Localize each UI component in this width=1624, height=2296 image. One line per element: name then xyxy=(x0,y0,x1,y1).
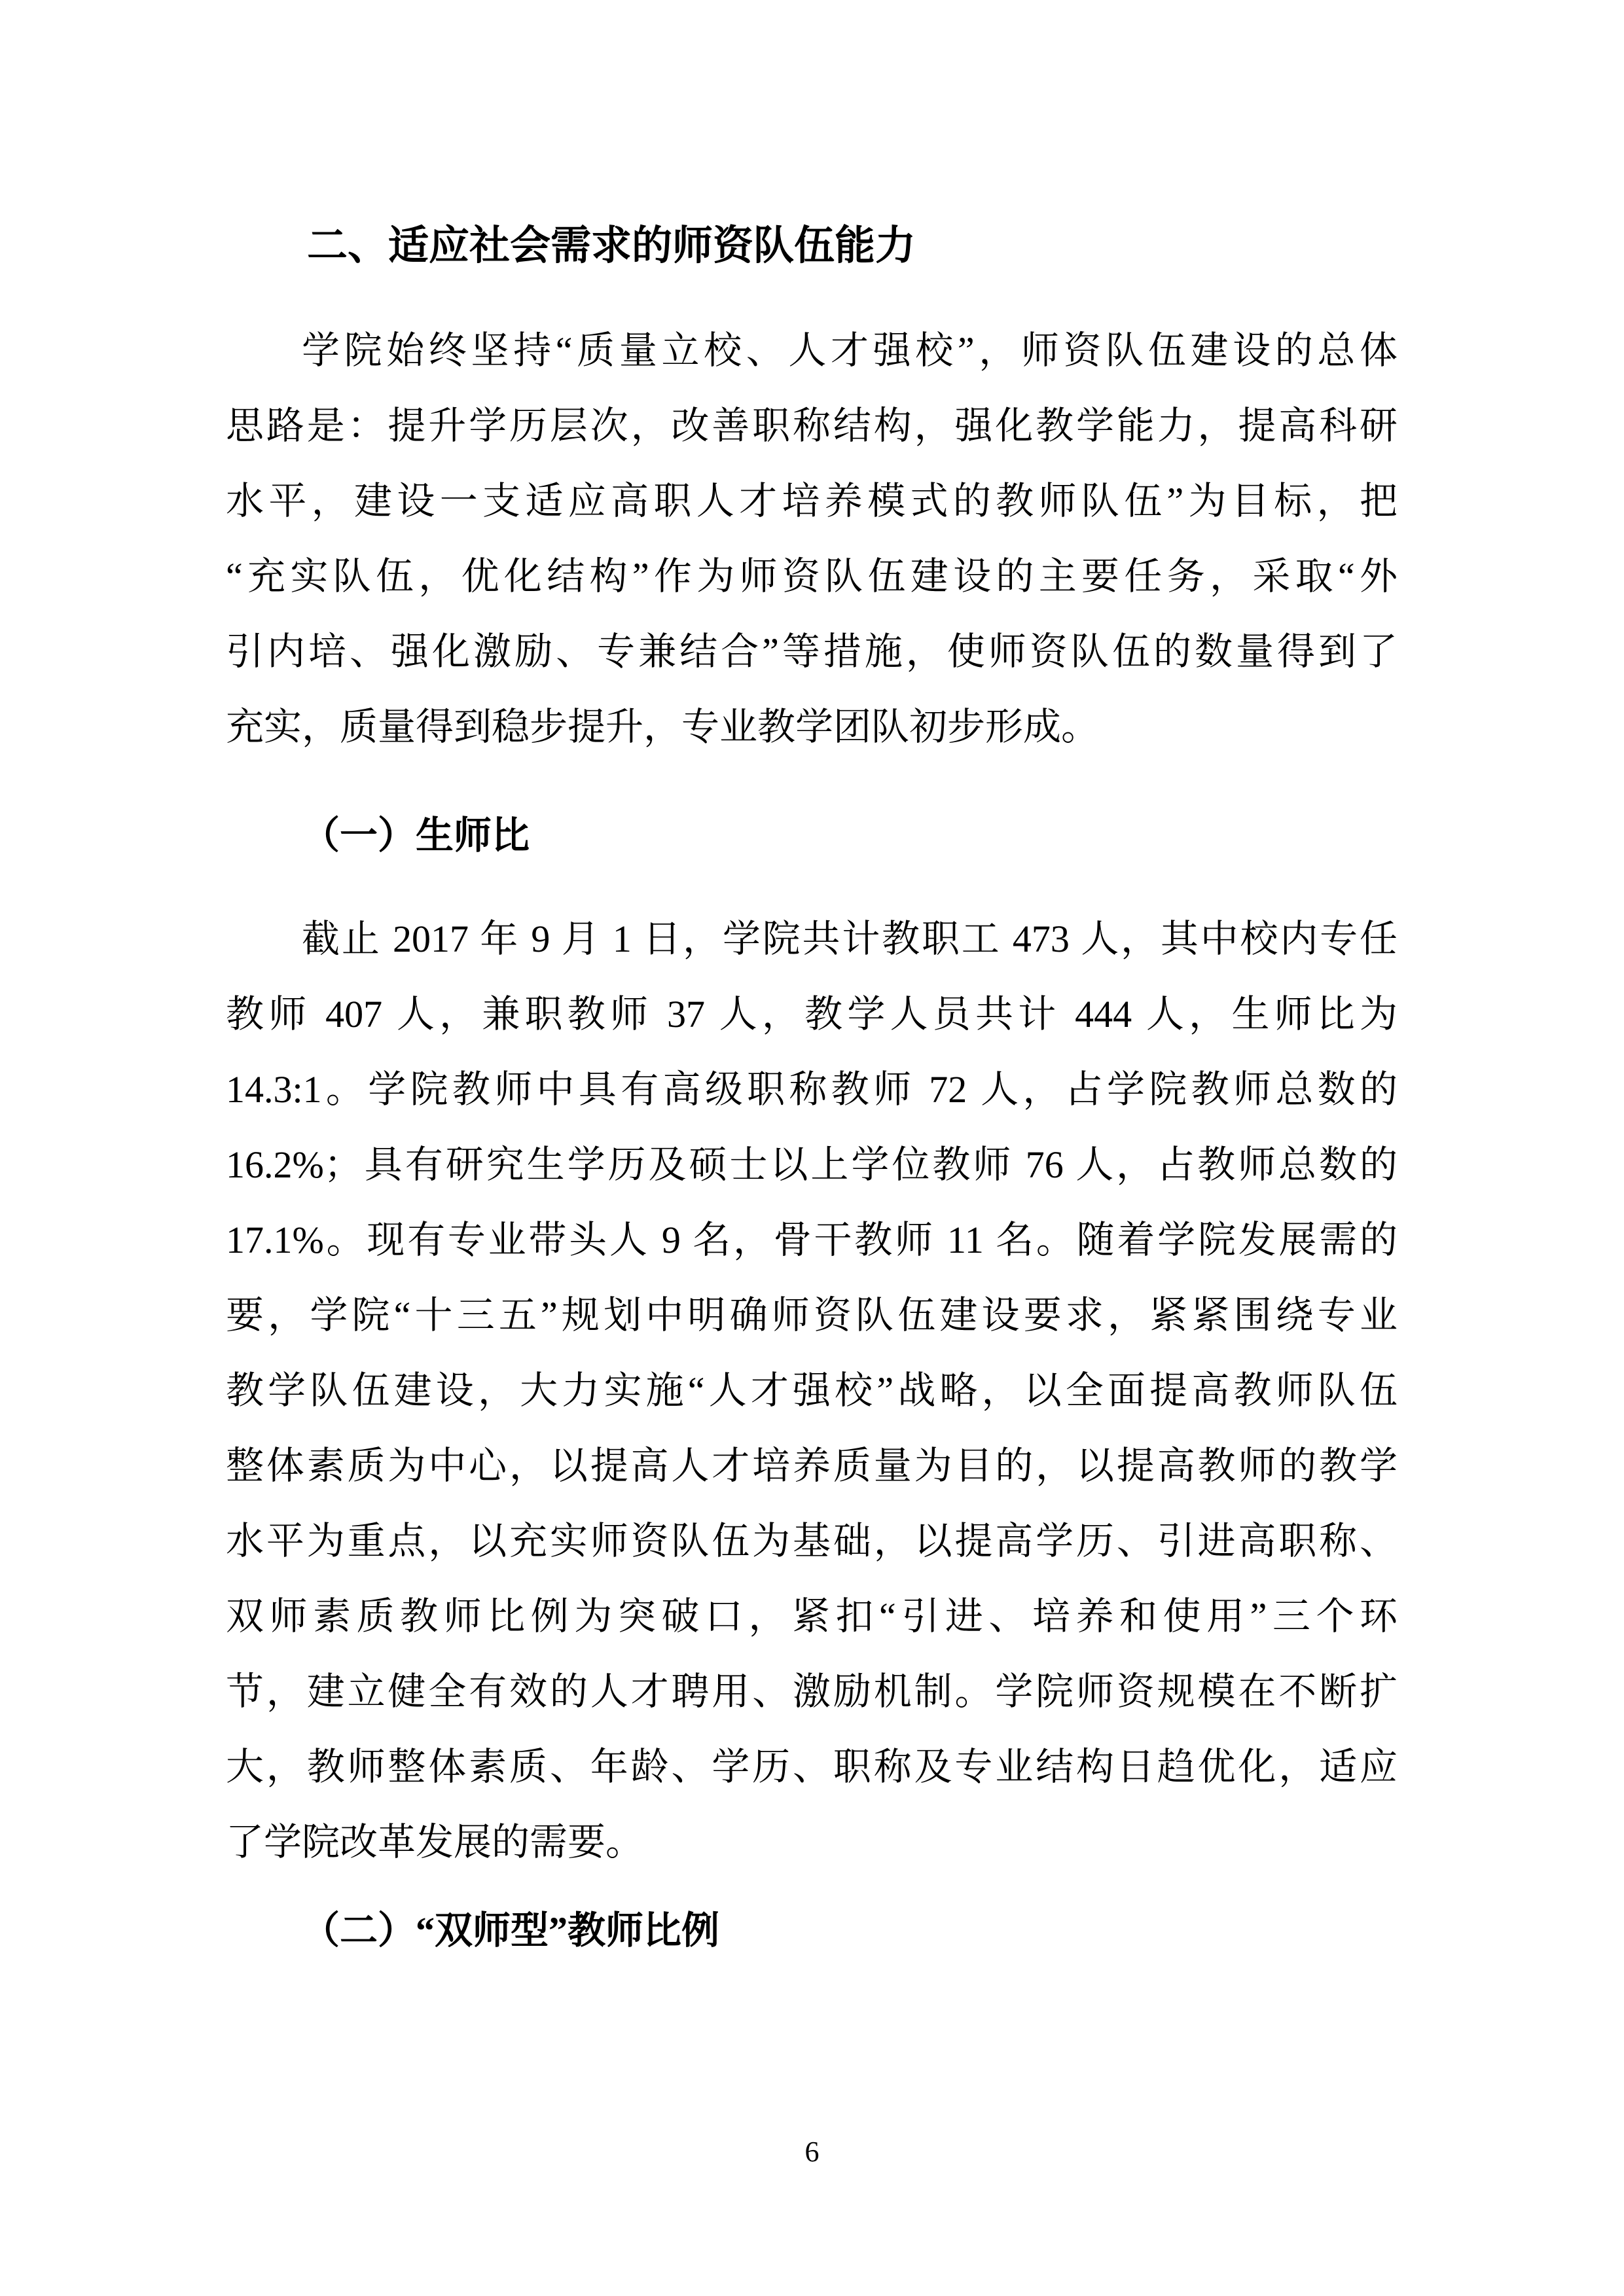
text-line: 水平为重点，以充实师资队伍为基础，以提高学历、引进高职称、 xyxy=(226,1503,1398,1579)
text-line: 整体素质为中心，以提高人才培养质量为目的，以提高教师的教学 xyxy=(226,1428,1398,1503)
page-number: 6 xyxy=(0,2132,1624,2172)
text-line: 节，建立健全有效的人才聘用、激励机制。学院师资规模在不断扩 xyxy=(226,1654,1398,1729)
text-line: “充实队伍，优化结构”作为师资队伍建设的主要任务，采取“外 xyxy=(226,539,1398,614)
text-line: 大，教师整体素质、年龄、学历、职称及专业结构日趋优化，适应 xyxy=(226,1729,1398,1804)
paragraph-student-teacher-ratio: 截止 2017 年 9 月 1 日，学院共计教职工 473 人，其中校内专任教师… xyxy=(226,901,1398,1880)
text-line: 水平，建设一支适应高职人才培养模式的教师队伍”为目标，把 xyxy=(226,463,1398,539)
paragraph-intro: 学院始终坚持“质量立校、人才强校”，师资队伍建设的总体思路是：提升学历层次，改善… xyxy=(226,313,1398,764)
text-line: 充实，质量得到稳步提升，专业教学团队初步形成。 xyxy=(226,689,1398,764)
text-line: 17.1%。现有专业带头人 9 名，骨干教师 11 名。随着学院发展需的 xyxy=(226,1202,1398,1278)
text-line: 截止 2017 年 9 月 1 日，学院共计教职工 473 人，其中校内专任 xyxy=(226,901,1398,977)
text-line: 了学院改革发展的需要。 xyxy=(226,1804,1398,1880)
text-line: 14.3:1。学院教师中具有高级职称教师 72 人，占学院教师总数的 xyxy=(226,1052,1398,1127)
document-page: 二、适应社会需求的师资队伍能力 学院始终坚持“质量立校、人才强校”，师资队伍建设… xyxy=(0,0,1624,2296)
text-line: 学院始终坚持“质量立校、人才强校”，师资队伍建设的总体 xyxy=(226,313,1398,388)
text-line: 双师素质教师比例为突破口，紧扣“引进、培养和使用”三个环 xyxy=(226,1579,1398,1654)
subsection-heading-2: （二）“双师型”教师比例 xyxy=(226,1893,1398,1968)
text-line: 引内培、强化激励、专兼结合”等措施，使师资队伍的数量得到了 xyxy=(226,614,1398,689)
subsection-heading-1: （一）生师比 xyxy=(226,798,1398,873)
text-line: 16.2%；具有研究生学历及硕士以上学位教师 76 人，占教师总数的 xyxy=(226,1127,1398,1202)
text-line: 教师 407 人，兼职教师 37 人，教学人员共计 444 人，生师比为 xyxy=(226,977,1398,1052)
text-line: 要，学院“十三五”规划中明确师资队伍建设要求，紧紧围绕专业 xyxy=(226,1278,1398,1353)
text-line: 教学队伍建设，大力实施“人才强校”战略，以全面提高教师队伍 xyxy=(226,1353,1398,1428)
section-title: 二、适应社会需求的师资队伍能力 xyxy=(226,208,1398,283)
text-line: 思路是：提升学历层次，改善职称结构，强化教学能力，提高科研 xyxy=(226,388,1398,463)
